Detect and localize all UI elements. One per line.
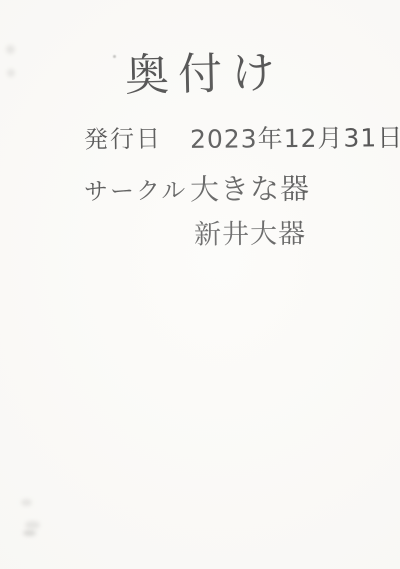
scan-smudge bbox=[21, 499, 32, 506]
author-label-spacer bbox=[84, 242, 190, 243]
field-row-circle: サークル 大きな器 bbox=[84, 167, 390, 208]
colophon-fields: 発行日 2023年12月31日 サークル 大きな器 新井大器 bbox=[84, 119, 390, 251]
scan-smudge bbox=[25, 521, 40, 529]
circle-label: サークル bbox=[84, 170, 190, 206]
page-title: 奥付け bbox=[0, 34, 400, 106]
field-row-publication-date: 発行日 2023年12月31日 bbox=[84, 119, 390, 155]
field-row-author: 新井大器 bbox=[84, 212, 390, 251]
author-name-value: 新井大器 bbox=[190, 211, 306, 251]
colophon-page: 奥付け 発行日 2023年12月31日 サークル 大きな器 新井大器 bbox=[0, 0, 400, 569]
publication-date-label: 発行日 bbox=[84, 118, 190, 154]
scan-smudge bbox=[23, 530, 36, 536]
circle-name-value: 大きな器 bbox=[190, 166, 310, 208]
publication-date-value: 2023年12月31日 bbox=[190, 118, 400, 156]
